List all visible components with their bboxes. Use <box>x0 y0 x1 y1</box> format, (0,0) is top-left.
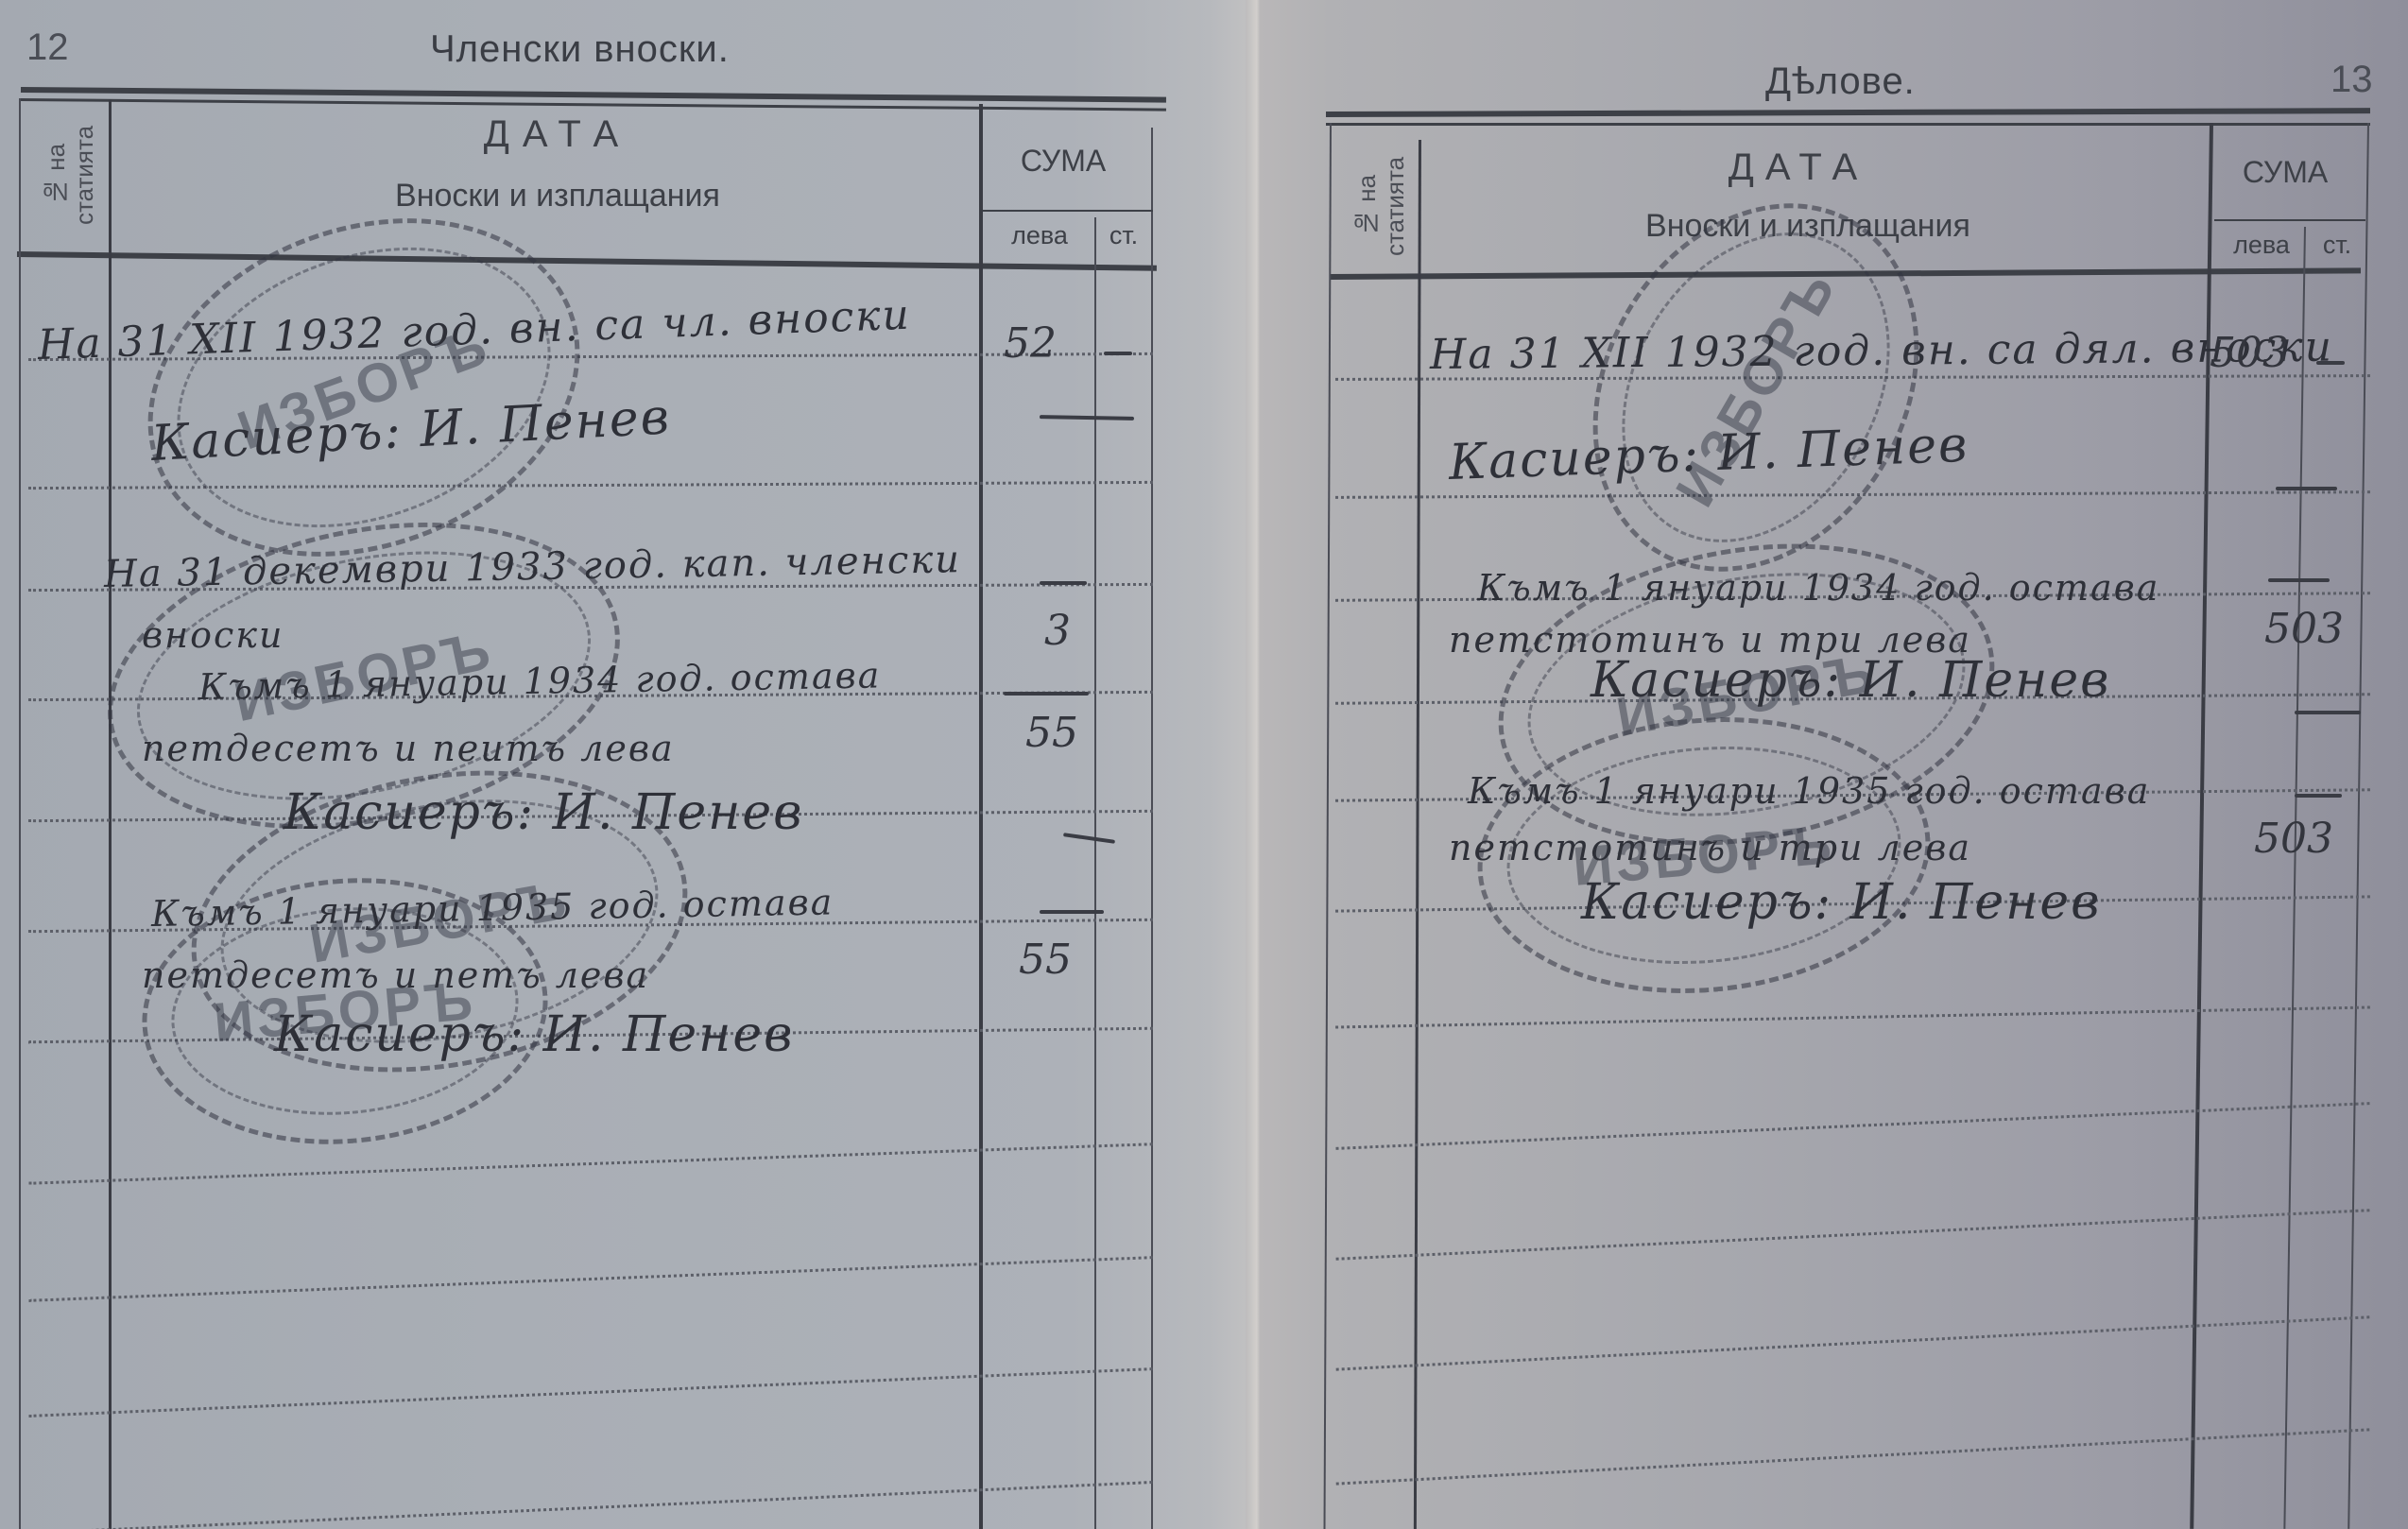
ledger-entry: На 31 декември 1933 год. кап. членски <box>104 538 962 596</box>
balance-dash <box>1063 833 1115 844</box>
ledger-entry: На 31 XII 1932 год. вн. са дял. вноски <box>1430 323 2333 379</box>
article-column-divider <box>109 99 112 1529</box>
sum-subheader-rule <box>2214 219 2365 221</box>
sum-header: СУМА <box>992 144 1134 179</box>
article-no-header: № на статията <box>42 104 104 246</box>
date-header: ДАТА <box>359 113 756 156</box>
page-number: 12 <box>26 26 69 69</box>
header-top-rule-thin <box>1326 123 2370 126</box>
article-column-divider <box>1414 140 1421 1529</box>
amount-st-dash <box>1104 352 1132 355</box>
ledger-entry: петдесетъ и пеитъ лева <box>142 728 675 769</box>
amount-leva: 503 <box>2210 329 2289 377</box>
row-line <box>28 1256 1152 1302</box>
row-line <box>1336 1428 2370 1485</box>
cashier-signature: Касиеръ: И. Пенев <box>1591 652 2110 709</box>
balance-dash <box>2295 794 2342 798</box>
row-line <box>1335 1102 2369 1150</box>
cashier-signature: Касиеръ: И. Пенев <box>274 1006 794 1063</box>
date-header: ДАТА <box>1619 146 1978 189</box>
table-left-edge <box>19 98 21 1529</box>
sum-subheader-rule <box>983 210 1153 212</box>
ledger-entry: петдесетъ и петъ лева <box>142 954 649 996</box>
amount-leva: 52 <box>1004 319 1057 368</box>
cashier-signature: Касиеръ: И. Пенев <box>284 784 803 841</box>
ledger-entry: петстотинъ и три лева <box>1449 827 1971 868</box>
row-line <box>1336 1209 2370 1261</box>
running-head: Дѣлове. <box>1765 60 1916 103</box>
ledger-entry: Къмъ 1 януари 1935 год. остава <box>1468 770 2150 812</box>
header-top-rule <box>1326 108 2370 117</box>
ledger-entry: Къмъ 1 януари 1934 год. остава <box>1477 567 2159 609</box>
row-line <box>29 1481 1153 1529</box>
leva-st-divider <box>1094 217 1096 1529</box>
leva-header: лева <box>2214 231 2309 260</box>
row-line <box>28 1367 1152 1417</box>
leva-st-divider <box>2283 227 2306 1529</box>
date-subheader: Вноски и изплащания <box>284 178 832 215</box>
left-page: 12 Членски вноски. № на статията ДАТА Вн… <box>0 0 1260 1529</box>
balance-dash <box>1040 581 1087 585</box>
ledger-entry: вноски <box>142 614 284 656</box>
amount-leva: 55 <box>1019 936 1072 984</box>
row-line <box>1335 1005 2370 1028</box>
table-right-edge <box>1151 128 1153 1529</box>
cashier-signature: Касиеръ: И. Пенев <box>1581 874 2101 931</box>
balance-dash <box>1040 910 1104 914</box>
balance-dash <box>1040 415 1134 421</box>
cashier-signature: Касиеръ: И. Пенев <box>1448 417 1969 491</box>
row-line <box>28 1142 1152 1185</box>
sum-header: СУМА <box>2214 155 2356 190</box>
leva-header: лева <box>992 221 1087 250</box>
running-head: Членски вноски. <box>430 28 730 71</box>
balance-dash <box>2295 711 2361 714</box>
balance-dash <box>2276 487 2337 490</box>
amount-st-dash <box>2316 361 2345 365</box>
balance-dash <box>1004 692 1089 696</box>
header-bottom-rule <box>17 251 1157 271</box>
st-header: ст. <box>1096 221 1151 250</box>
amount-leva: 503 <box>2264 605 2344 653</box>
st-header: ст. <box>2309 231 2365 260</box>
table-left-edge <box>1324 123 1332 1529</box>
balance-dash <box>2268 578 2330 582</box>
amount-leva: 55 <box>1025 709 1078 757</box>
row-line <box>1336 1315 2370 1370</box>
amount-leva: 3 <box>1044 607 1071 655</box>
article-no-header: № на статията <box>1352 140 1415 272</box>
page-number: 13 <box>2331 59 2373 101</box>
right-page: Дѣлове. 13 № на статията ДАТА Вноски и и… <box>1260 0 2408 1529</box>
amount-leva: 503 <box>2254 815 2333 863</box>
sum-column-divider <box>979 104 983 1529</box>
